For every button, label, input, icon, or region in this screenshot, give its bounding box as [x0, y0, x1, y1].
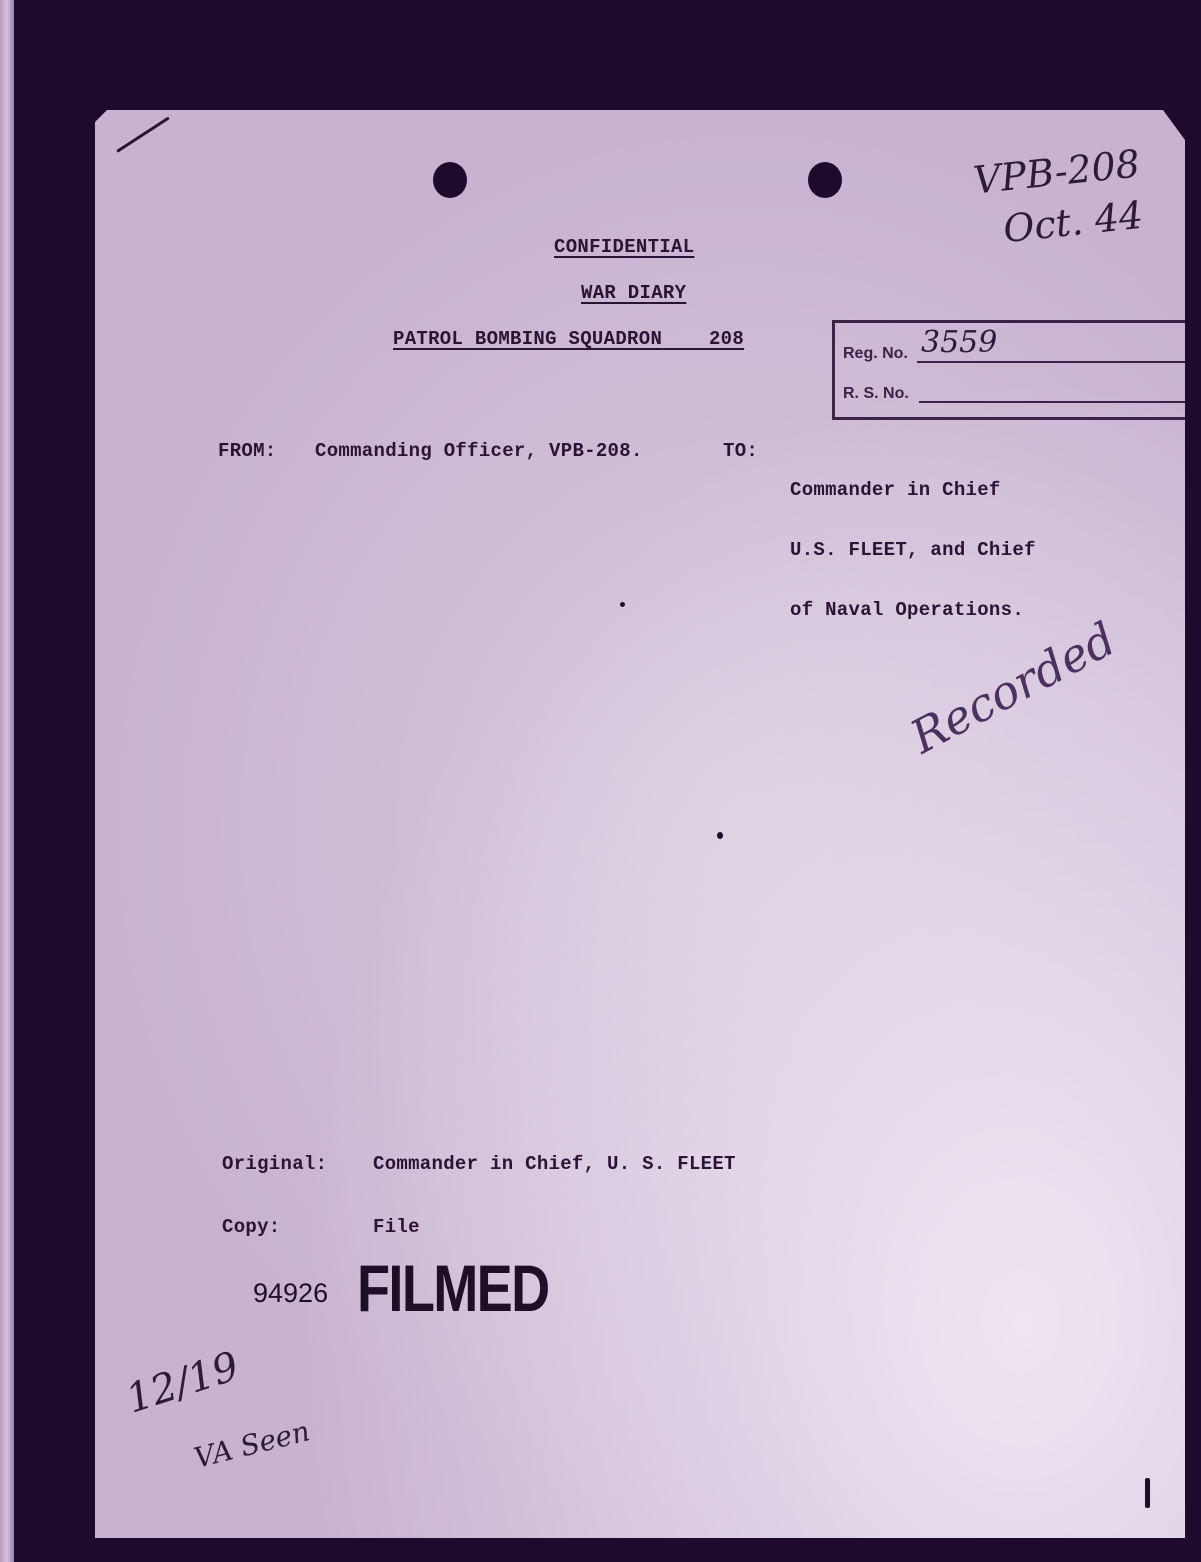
- ink-speck: [620, 602, 625, 607]
- copy-label: Copy:: [222, 1217, 327, 1238]
- to-line: of Naval Operations.: [790, 600, 1036, 620]
- handwritten-date: Oct. 44: [1001, 193, 1145, 251]
- filmed-stamp: FILMED: [357, 1250, 549, 1326]
- from-value: Commanding Officer, VPB-208.: [315, 440, 643, 462]
- reg-no-value: 3559: [921, 325, 997, 360]
- handwritten-unit: VPB-208: [971, 141, 1142, 202]
- registry-box: Reg. No. 3559 R. S. No.: [832, 320, 1192, 420]
- handwritten-footer-note: VA Seen: [191, 1414, 313, 1475]
- unit-heading: PATROL BOMBING SQUADRON 208: [393, 328, 744, 350]
- original-value: Commander in Chief, U. S. FLEET: [373, 1154, 736, 1175]
- punch-hole-left: [433, 162, 467, 198]
- copy-value: File: [373, 1217, 736, 1238]
- to-block: Commander in Chief U.S. FLEET, and Chief…: [790, 440, 1036, 660]
- to-line: U.S. FLEET, and Chief: [790, 540, 1036, 560]
- film-number-stamp: 94926: [253, 1278, 328, 1309]
- from-label: FROM:: [218, 440, 277, 462]
- unit-number: 208: [709, 328, 744, 350]
- pen-mark: [116, 116, 170, 152]
- rs-no-label: R. S. No.: [843, 385, 909, 403]
- to-label: TO:: [723, 440, 758, 462]
- document-title: WAR DIARY: [581, 282, 686, 304]
- reg-no-line: [917, 361, 1189, 363]
- unit-name: PATROL BOMBING SQUADRON: [393, 328, 662, 350]
- ink-speck: [717, 832, 723, 839]
- handwritten-footer-date: 12/19: [121, 1343, 245, 1422]
- punch-hole-right: [808, 162, 842, 198]
- adjacent-film-frame: [0, 0, 14, 1562]
- reg-no-label: Reg. No.: [843, 345, 908, 363]
- document-page: VPB-208 Oct. 44 CONFIDENTIAL WAR DIARY P…: [95, 110, 1185, 1538]
- rs-no-line: [919, 401, 1189, 403]
- original-label: Original:: [222, 1154, 327, 1175]
- to-line: Commander in Chief: [790, 480, 1036, 500]
- page-number-mark: [1145, 1478, 1150, 1508]
- classification-heading: CONFIDENTIAL: [554, 236, 694, 258]
- distribution-labels: Original: Copy:: [222, 1112, 327, 1280]
